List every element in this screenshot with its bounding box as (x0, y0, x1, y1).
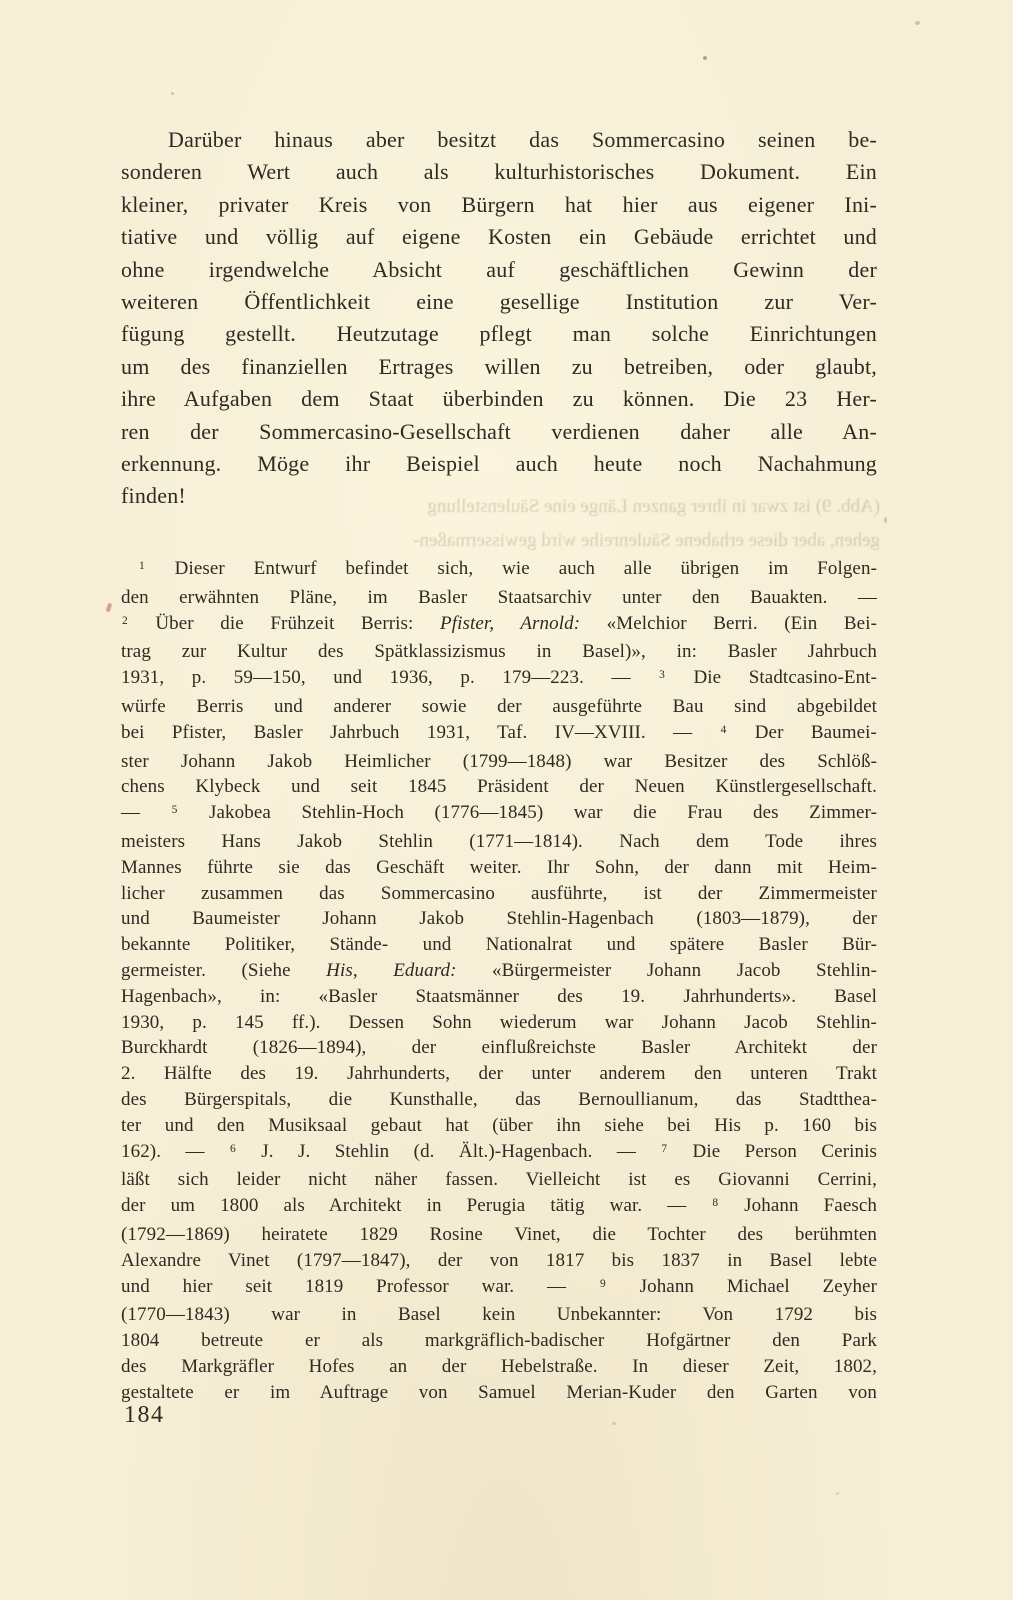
body-text-line: ren der Sommercasino-Gesellschaft verdie… (121, 416, 877, 448)
footnote-line: (1792—1869) heiratete 1829 Rosine Vinet,… (121, 1222, 877, 1248)
footnote-line: (1770—1843) war in Basel kein Unbekannte… (121, 1302, 877, 1328)
footnote-line: bei Pfister, Basler Jahrbuch 1931, Taf. … (121, 720, 877, 749)
footnote-line: 1804 betreute er als markgräflich-badisc… (121, 1328, 877, 1354)
paper-speck (171, 92, 174, 95)
footnote-line: ter und den Musiksaal gebaut hat (über i… (121, 1113, 877, 1139)
body-text-line: um des finanziellen Ertrages willen zu b… (121, 351, 877, 383)
footnote-line: des Markgräfler Hofes an der Hebelstraße… (121, 1354, 877, 1380)
footnote-line: 2 Über die Frühzeit Berris: Pfister, Arn… (121, 611, 877, 640)
body-text-line: fügung gestellt. Heutzutage pflegt man s… (121, 318, 877, 350)
footnote-line: germeister. (Siehe His, Eduard: «Bürgerm… (121, 958, 877, 984)
book-page: (Abb. 9) ist zwar in ihrer ganzen Länge … (0, 0, 1013, 1600)
footnote-line: Hagenbach», in: «Basler Staatsmänner des… (121, 984, 877, 1010)
paper-speck (915, 21, 920, 25)
paper-speck (703, 56, 707, 60)
body-text-line: erkennung. Möge ihr Beispiel auch heute … (121, 448, 877, 480)
footnote-line: Burckhardt (1826—1894), der einflußreich… (121, 1035, 877, 1061)
footnote-line: ster Johann Jakob Heimlicher (1799—1848)… (121, 749, 877, 775)
footnote-line: läßt sich leider nicht näher fassen. Vie… (121, 1167, 877, 1193)
footnote-line: den erwähnten Pläne, im Basler Staatsarc… (121, 585, 877, 611)
body-text-line: kleiner, privater Kreis von Bürgern hat … (121, 189, 877, 221)
main-paragraph: Darüber hinaus aber besitzt das Sommerca… (121, 124, 877, 513)
bleed-through-line: gehen, aber diese erhabene Säulenreihe w… (126, 529, 880, 553)
footnote-line: 1930, p. 145 ff.). Dessen Sohn wiederum … (121, 1010, 877, 1036)
footnote-line: trag zur Kultur des Spätklassizismus in … (121, 639, 877, 665)
page-number: 184 (124, 1402, 165, 1429)
footnote-line: würfe Berris und anderer sowie der ausge… (121, 694, 877, 720)
footnote-line: gestaltete er im Auftrage von Samuel Mer… (121, 1380, 877, 1406)
body-text-line: ihre Aufgaben dem Staat überbinden zu kö… (121, 383, 877, 415)
footnote-line: Alexandre Vinet (1797—1847), der von 181… (121, 1248, 877, 1274)
body-text-line: sonderen Wert auch als kulturhistorische… (121, 156, 877, 188)
body-text-line: finden! (121, 480, 877, 512)
footnote-line: — 5 Jakobea Stehlin-Hoch (1776—1845) war… (121, 800, 877, 829)
footnotes-section: 1 Dieser Entwurf befindet sich, wie auch… (121, 556, 877, 1406)
footnote-line: 162). — 6 J. J. Stehlin (d. Ält.)-Hagenb… (121, 1139, 877, 1168)
body-text-line: Darüber hinaus aber besitzt das Sommerca… (121, 124, 877, 156)
footnote-line: chens Klybeck und seit 1845 Präsident de… (121, 774, 877, 800)
body-text-line: weiteren Öffentlichkeit eine gesellige I… (121, 286, 877, 318)
footnote-line: bekannte Politiker, Stände- und National… (121, 932, 877, 958)
body-text-line: tiative und völlig auf eigene Kosten ein… (121, 221, 877, 253)
body-text-line: ohne irgendwelche Absicht auf geschäftli… (121, 254, 877, 286)
footnote-line: licher zusammen das Sommercasino ausführ… (121, 881, 877, 907)
footnote-line: meisters Hans Jakob Stehlin (1771—1814).… (121, 829, 877, 855)
footnote-line: und Baumeister Johann Jakob Stehlin-Hage… (121, 906, 877, 932)
margin-mark (106, 603, 113, 613)
footnote-line: der um 1800 als Architekt in Perugia tät… (121, 1193, 877, 1222)
footnote-line: 1931, p. 59—150, und 1936, p. 179—223. —… (121, 665, 877, 694)
paper-speck (884, 517, 887, 523)
footnote-line: des Bürgerspitals, die Kunsthalle, das B… (121, 1087, 877, 1113)
footnote-line: Mannes führte sie das Geschäft weiter. I… (121, 855, 877, 881)
footnote-line: und hier seit 1819 Professor war. — 9 Jo… (121, 1274, 877, 1303)
paper-speck (612, 1422, 616, 1425)
footnote-line: 2. Hälfte des 19. Jahrhunderts, der unte… (121, 1061, 877, 1087)
paper-speck (836, 1492, 839, 1495)
footnote-line: 1 Dieser Entwurf befindet sich, wie auch… (121, 556, 877, 585)
